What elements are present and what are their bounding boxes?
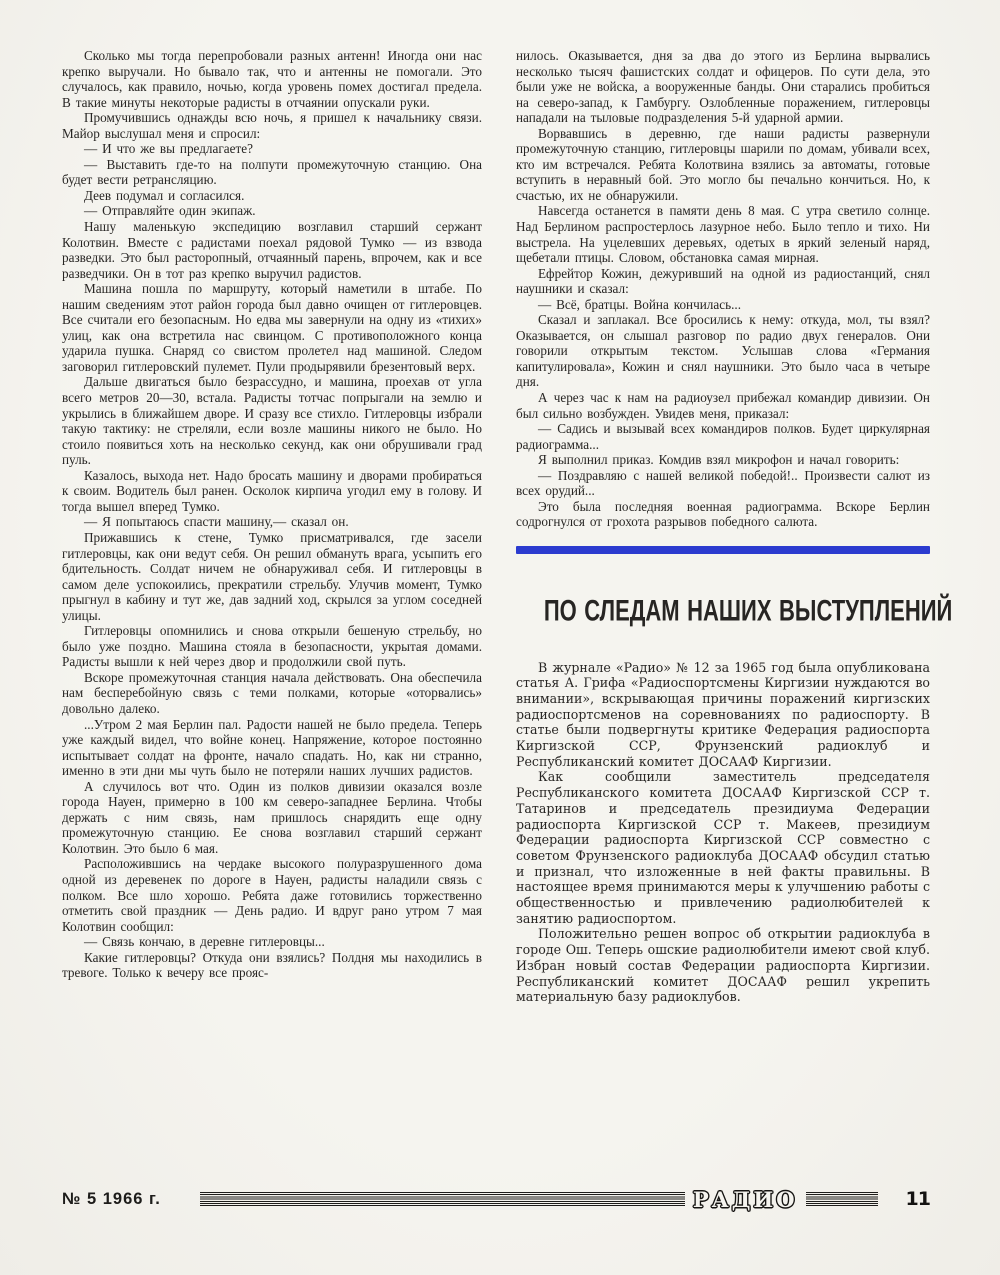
issue-label: № 5 1966 г. [62,1190,200,1209]
paragraph: Я выполнил приказ. Комдив взял микрофон … [516,452,930,468]
paragraph: Расположившись на чердаке высокого полур… [62,856,482,934]
paragraph: Гитлеровцы опомнились и снова открыли бе… [62,623,482,670]
paragraph: В журнале «Радио» № 12 за 1965 год была … [516,660,930,770]
paragraph: Как сообщили заместитель председателя Ре… [516,769,930,926]
paragraph: А случилось вот что. Один из полков диви… [62,779,482,857]
paragraph: Промучившись однажды всю ночь, я пришел … [62,110,482,141]
page-number: 11 [906,1188,930,1210]
paragraph: Машина пошла по маршруту, который намети… [62,281,482,374]
war-article-left-column: Сколько мы тогда перепробовали разных ан… [62,48,482,981]
paragraph: ...Утром 2 мая Берлин пал. Радости нашей… [62,717,482,779]
paragraph: нилось. Оказывается, дня за два до этого… [516,48,930,126]
paragraph: — Отправляйте один экипаж. [62,203,482,219]
radio-magazine-logo: РАДИО [693,1187,798,1212]
paragraph: Какие гитлеровцы? Откуда они взялись? По… [62,950,482,981]
paragraph: Ефрейтор Кожин, дежуривший на одной из р… [516,266,930,297]
war-article-left-paragraphs: Сколько мы тогда перепробовали разных ан… [62,48,482,981]
footer-rule-band: РАДИО [200,1191,878,1208]
paragraph: — Связь кончаю, в деревне гитлеровцы... [62,934,482,950]
war-article-right-column: нилось. Оказывается, дня за два до этого… [516,48,930,1005]
paragraph: — Выставить где-то на полпути промежуточ… [62,157,482,188]
section-heading: ПО СЛЕДАМ НАШИХ ВЫСТУПЛЕНИЙ [516,604,930,620]
paragraph: — И что же вы предлагаете? [62,141,482,157]
paragraph: Ворвавшись в деревню, где наши радисты р… [516,126,930,204]
paragraph: Казалось, выхода нет. Надо бросать машин… [62,468,482,515]
page-footer: № 5 1966 г. РАДИО 11 [62,1186,930,1212]
paragraph: Нашу маленькую экспедицию возглавил стар… [62,219,482,281]
section-divider-bar [516,546,930,554]
paragraph: Это была последняя военная радиограмма. … [516,499,930,530]
paragraph: — Я попытаюсь спасти машину,— сказал он. [62,514,482,530]
paragraph: Сколько мы тогда перепробовали разных ан… [62,48,482,110]
magazine-page: Сколько мы тогда перепробовали разных ан… [0,0,1000,1275]
paragraph: А через час к нам на радиоузел прибежал … [516,390,930,421]
followup-article: В журнале «Радио» № 12 за 1965 год была … [516,660,930,1005]
section-heading-text: ПО СЛЕДАМ НАШИХ ВЫСТУПЛЕНИЙ [544,603,953,621]
paragraph: Деев подумал и согласился. [62,188,482,204]
paragraph: Вскоре промежуточная станция начала дейс… [62,670,482,717]
paragraph: — Всё, братцы. Война кончилась... [516,297,930,313]
footer-rule-right [806,1192,878,1207]
paragraph: Прижавшись к стене, Тумко присматривался… [62,530,482,623]
paragraph: — Садись и вызывай всех командиров полко… [516,421,930,452]
paragraph: Положительно решен вопрос об открытии ра… [516,926,930,1005]
paragraph: Дальше двигаться было безрассудно, и маш… [62,374,482,467]
paragraph: Навсегда останется в памяти день 8 мая. … [516,203,930,265]
footer-rule-left [200,1192,685,1207]
war-article-right-paragraphs: нилось. Оказывается, дня за два до этого… [516,48,930,530]
paragraph: — Поздравляю с нашей великой победой!.. … [516,468,930,499]
paragraph: Сказал и заплакал. Все бросились к нему:… [516,312,930,390]
